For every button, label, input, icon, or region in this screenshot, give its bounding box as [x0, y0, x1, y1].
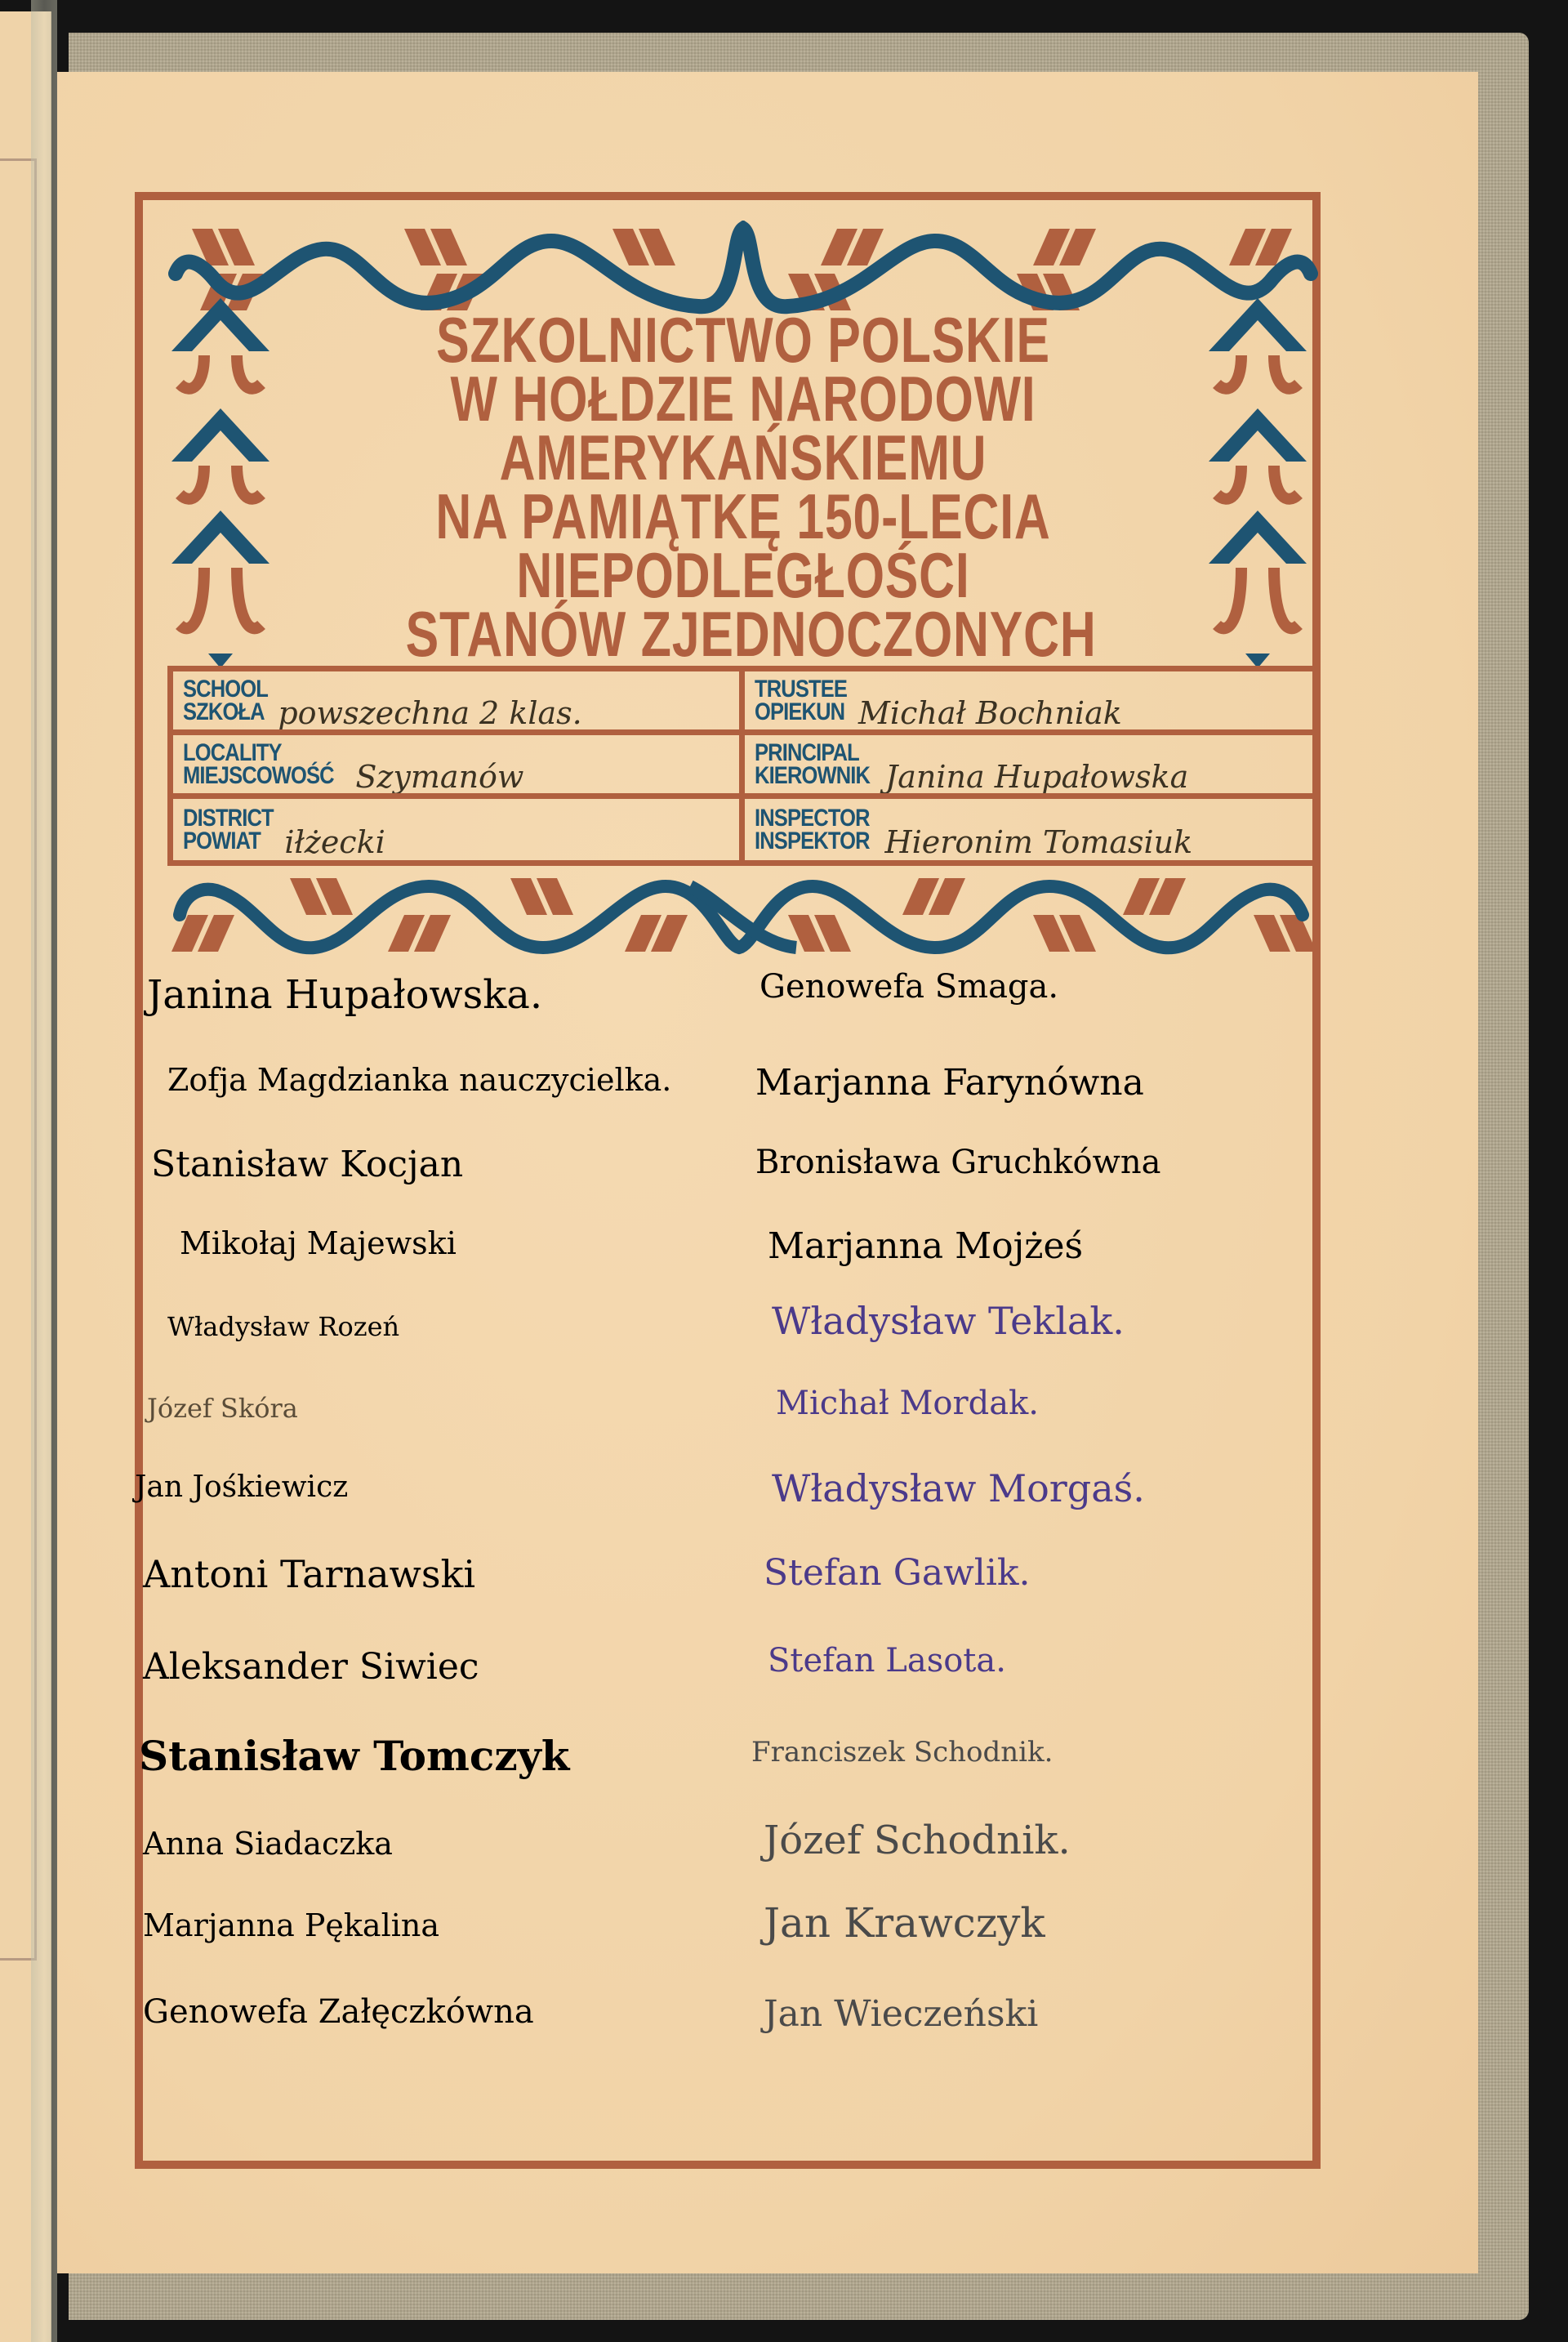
signature-left-10: Stanisław Tomczyk — [139, 1732, 569, 1780]
inspector-label-pl: INSPEKTOR — [755, 830, 870, 853]
title-line-5: NIEPODLEGŁOŚCI — [406, 546, 1081, 604]
title-line-1: SZKOLNICTWO POLSKIE — [406, 310, 1081, 369]
signature-right-1: Genowefa Smaga. — [759, 968, 1058, 1006]
signature-left-9: Aleksander Siwiec — [143, 1646, 479, 1688]
principal-label-en: PRINCIPAL — [755, 742, 870, 765]
principal-field: PRINCIPALKIEROWNIK Janina Hupałowska — [739, 729, 1319, 799]
signature-left-1: Janina Hupałowska. — [147, 972, 542, 1018]
signature-left-5: Władysław Rozeń — [167, 1311, 399, 1342]
principal-label-pl: KIEROWNIK — [755, 765, 870, 787]
title-line-4: NA PAMIĄTKĘ 150-LECIA — [406, 487, 1081, 546]
signature-left-8: Antoni Tarnawski — [143, 1552, 475, 1596]
divider-wave-ornament — [167, 870, 1319, 960]
signature-left-11: Anna Siadaczka — [143, 1826, 393, 1862]
school-label-en: SCHOOL — [183, 678, 268, 701]
signature-right-8: Stefan Gawlik. — [764, 1552, 1031, 1594]
title-line-3: AMERYKAŃSKIEMU — [406, 428, 1081, 487]
trustee-value: Michał Bochniak — [858, 695, 1122, 731]
signature-right-9: Stefan Lasota. — [768, 1642, 1006, 1680]
trustee-field: TRUSTEEOPIEKUN Michał Bochniak — [739, 666, 1319, 735]
signature-right-12: Jan Krawczyk — [764, 1899, 1045, 1947]
locality-field: LOCALITYMIEJSCOWOŚĆ Szymanów — [167, 729, 745, 799]
document-title: SZKOLNICTWO POLSKIE W HOŁDZIE NARODOWI A… — [310, 310, 1176, 663]
signature-right-6: Michał Mordak. — [776, 1385, 1039, 1422]
school-value: powszechna 2 klas. — [278, 695, 581, 731]
signature-right-3: Bronisława Gruchkówna — [755, 1144, 1160, 1181]
locality-value: Szymanów — [355, 759, 523, 795]
district-field: DISTRICTPOWIAT iłżecki — [167, 793, 745, 866]
inspector-label-en: INSPECTOR — [755, 807, 870, 830]
title-line-2: W HOŁDZIE NARODOWI — [406, 369, 1081, 428]
district-label-en: DISTRICT — [183, 807, 274, 830]
signature-right-4: Marjanna Mojżeś — [768, 1225, 1083, 1267]
district-value: iłżecki — [284, 824, 385, 860]
signature-left-6: Józef Skóra — [147, 1393, 298, 1424]
signature-left-7: Jan Jośkiewicz — [135, 1470, 348, 1504]
inspector-value: Hieronim Tomasiuk — [884, 824, 1192, 860]
principal-value: Janina Hupałowska — [885, 759, 1188, 795]
signature-left-12: Marjanna Pękalina — [143, 1907, 439, 1943]
signature-right-11: Józef Schodnik. — [764, 1818, 1071, 1863]
right-side-ornament — [1205, 294, 1311, 670]
signature-left-4: Mikołaj Majewski — [180, 1225, 457, 1261]
trustee-label-pl: OPIEKUN — [755, 701, 847, 724]
signature-right-2: Marjanna Farynówna — [755, 1062, 1144, 1104]
locality-label-pl: MIEJSCOWOŚĆ — [183, 765, 334, 787]
signature-left-2: Zofja Magdzianka nauczycielka. — [167, 1062, 671, 1098]
signature-left-13: Genowefa Załęczkówna — [143, 1993, 534, 2031]
title-line-6: STANÓW ZJEDNOCZONYCH — [406, 604, 1081, 663]
binding-spine — [31, 0, 57, 2342]
signature-right-13: Jan Wieczeński — [764, 1993, 1038, 2035]
locality-label-en: LOCALITY — [183, 742, 334, 765]
school-label-pl: SZKOŁA — [183, 701, 268, 724]
signature-right-10: Franciszek Schodnik. — [751, 1736, 1053, 1769]
left-side-ornament — [167, 294, 274, 670]
inspector-field: INSPECTORINSPEKTOR Hieronim Tomasiuk — [739, 793, 1319, 866]
signature-right-5: Władysław Teklak. — [772, 1299, 1125, 1343]
school-info-table: SCHOOLSZKOŁA powszechna 2 klas. LOCALITY… — [167, 666, 1319, 866]
signature-left-3: Stanisław Kocjan — [151, 1144, 463, 1185]
district-label-pl: POWIAT — [183, 830, 274, 853]
school-field: SCHOOLSZKOŁA powszechna 2 klas. — [167, 666, 745, 735]
signature-right-7: Władysław Morgaś. — [772, 1466, 1145, 1510]
trustee-label-en: TRUSTEE — [755, 678, 847, 701]
